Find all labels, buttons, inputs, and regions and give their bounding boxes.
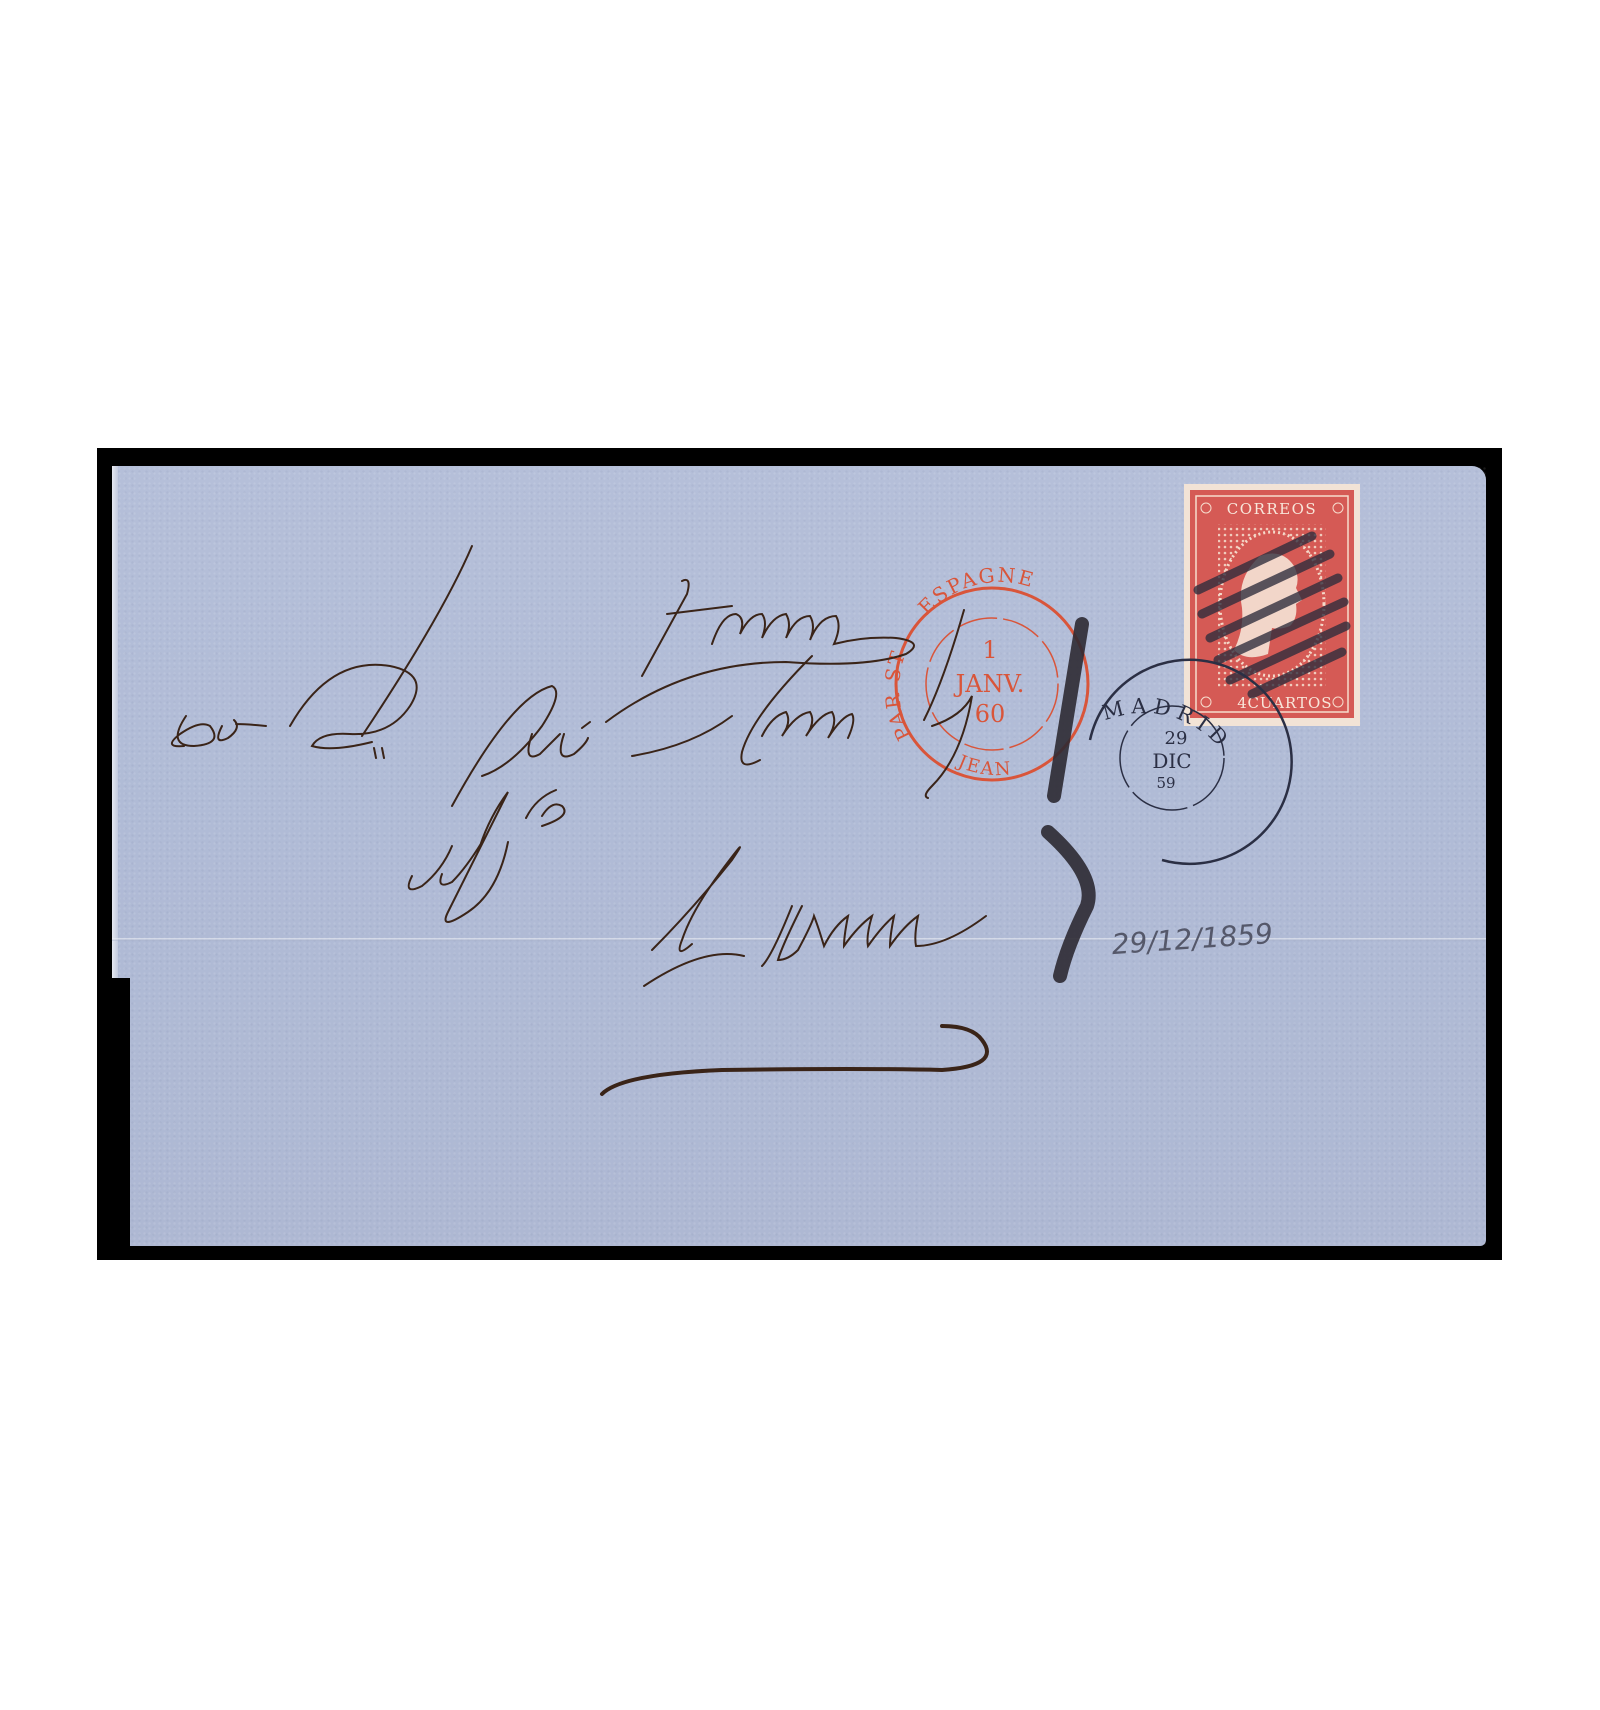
- entry-mark-year: 60: [975, 700, 1006, 728]
- tax-mark-5: [1048, 624, 1089, 976]
- cover-artwork: CORREOS 4 CUARTOS: [112, 466, 1486, 1246]
- entry-mark-day: 1: [982, 636, 997, 664]
- stamp-top-label: CORREOS: [1227, 500, 1317, 518]
- route-word: [606, 580, 914, 722]
- manuscript-address: [172, 546, 987, 1094]
- photo-frame: CORREOS 4 CUARTOS: [97, 448, 1502, 1260]
- cover-paper: CORREOS 4 CUARTOS: [112, 466, 1486, 1246]
- name-script-1: [452, 686, 590, 806]
- datestamp-year: 59: [1156, 774, 1175, 792]
- svg-text:PAR ST: PAR ST: [880, 647, 916, 745]
- stamp-value: 4: [1237, 694, 1247, 712]
- entry-mark-left: PAR ST: [880, 647, 916, 745]
- city-script: [644, 847, 986, 986]
- city-underline: [602, 1026, 987, 1094]
- datestamp-month: DIC: [1152, 749, 1191, 773]
- pencil-date-note: 29/12/1859: [1111, 917, 1274, 961]
- datestamp-day: 29: [1165, 728, 1188, 749]
- stamp-bottom-label: CUARTOS: [1247, 694, 1332, 712]
- entry-mark-month: JANV.: [953, 670, 1025, 698]
- name-script-2: [632, 610, 972, 798]
- postage-stamp: CORREOS 4 CUARTOS: [1184, 484, 1360, 726]
- salutation-script: [172, 546, 472, 758]
- line2-script: [409, 790, 565, 922]
